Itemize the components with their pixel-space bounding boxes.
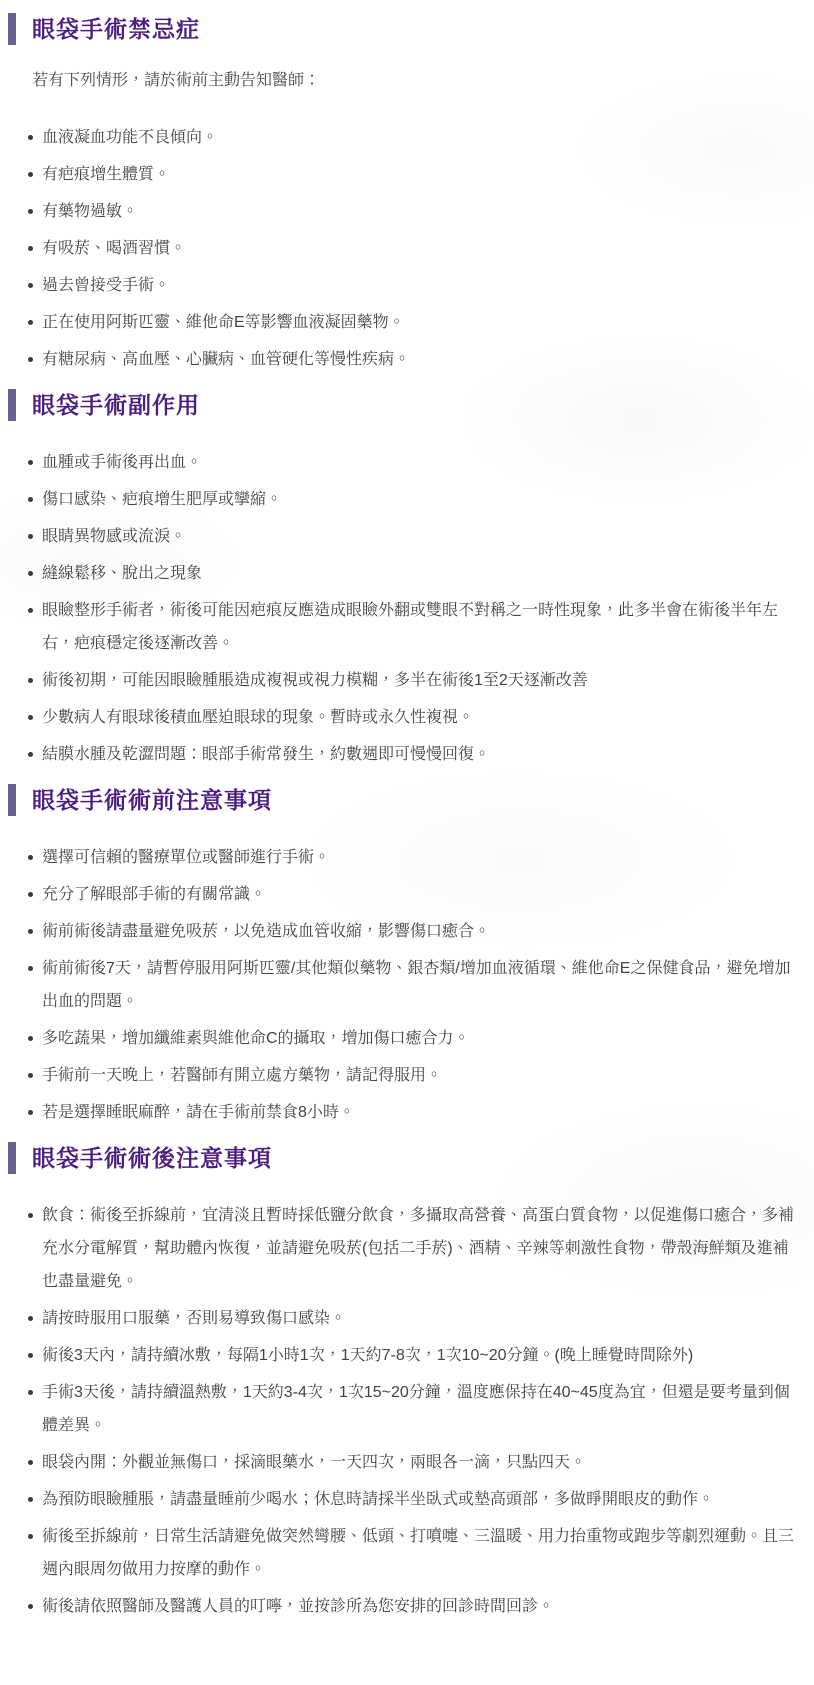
section-heading: 眼袋手術副作用 <box>8 388 802 422</box>
section-side-effects: 眼袋手術副作用 血腫或手術後再出血。 傷口感染、疤痕增生肥厚或攣縮。 眼睛異物感… <box>8 388 802 771</box>
bullet-list: 選擇可信賴的醫療單位或醫師進行手術。 充分了解眼部手術的有關常識。 術前術後請盡… <box>8 841 802 1129</box>
section-heading-text: 眼袋手術禁忌症 <box>32 16 200 42</box>
list-item: 眼瞼整形手術者，術後可能因疤痕反應造成眼瞼外翻或雙眼不對稱之一時性現象，此多半會… <box>42 594 794 660</box>
list-item: 傷口感染、疤痕增生肥厚或攣縮。 <box>42 483 794 516</box>
article: 眼袋手術禁忌症 若有下列情形，請於術前主動告知醫師： 血液凝血功能不良傾向。 有… <box>0 0 814 1623</box>
section-heading: 眼袋手術禁忌症 <box>8 12 802 46</box>
list-item: 有疤痕增生體質。 <box>42 158 794 191</box>
list-item: 血腫或手術後再出血。 <box>42 446 794 479</box>
list-item: 眼睛異物感或流淚。 <box>42 520 794 553</box>
list-item: 手術前一天晚上，若醫師有開立處方藥物，請記得服用。 <box>42 1059 794 1092</box>
heading-accent-bar <box>8 389 16 421</box>
list-item: 縫線鬆移、脫出之現象 <box>42 557 794 590</box>
list-item: 有糖尿病、高血壓、心臟病、血管硬化等慢性疾病。 <box>42 343 794 376</box>
list-item: 術後初期，可能因眼瞼腫脹造成複視或視力模糊，多半在術後1至2天逐漸改善 <box>42 664 794 697</box>
section-preop-notes: 眼袋手術術前注意事項 選擇可信賴的醫療單位或醫師進行手術。 充分了解眼部手術的有… <box>8 783 802 1129</box>
list-item: 術後至拆線前，日常生活請避免做突然彎腰、低頭、打噴嚏、三溫暖、用力抬重物或跑步等… <box>42 1520 794 1586</box>
list-item: 術後請依照醫師及醫護人員的叮嚀，並按診所為您安排的回診時間回診。 <box>42 1590 794 1623</box>
heading-accent-bar <box>8 13 16 45</box>
list-item: 多吃蔬果，增加纖維素與維他命C的攝取，增加傷口癒合力。 <box>42 1022 794 1055</box>
list-item: 手術3天後，請持續溫熱敷，1天約3-4次，1次15~20分鐘，溫度應保持在40~… <box>42 1376 794 1442</box>
list-item: 充分了解眼部手術的有關常識。 <box>42 878 794 911</box>
list-item: 選擇可信賴的醫療單位或醫師進行手術。 <box>42 841 794 874</box>
section-contraindications: 眼袋手術禁忌症 若有下列情形，請於術前主動告知醫師： 血液凝血功能不良傾向。 有… <box>8 12 802 376</box>
section-postop-notes: 眼袋手術術後注意事項 飲食：術後至拆線前，宜清淡且暫時採低鹽分飲食，多攝取高營養… <box>8 1141 802 1623</box>
list-item: 若是選擇睡眠麻醉，請在手術前禁食8小時。 <box>42 1096 794 1129</box>
bullet-list: 飲食：術後至拆線前，宜清淡且暫時採低鹽分飲食，多攝取高營養、高蛋白質食物，以促進… <box>8 1199 802 1623</box>
list-item: 術前術後7天，請暫停服用阿斯匹靈/其他類似藥物、銀杏類/增加血液循環、維他命E之… <box>42 952 794 1018</box>
list-item: 飲食：術後至拆線前，宜清淡且暫時採低鹽分飲食，多攝取高營養、高蛋白質食物，以促進… <box>42 1199 794 1298</box>
list-item: 少數病人有眼球後積血壓迫眼球的現象。暫時或永久性複視。 <box>42 701 794 734</box>
list-item: 正在使用阿斯匹靈、維他命E等影響血液凝固藥物。 <box>42 306 794 339</box>
intro-text: 若有下列情形，請於術前主動告知醫師： <box>32 64 802 97</box>
section-heading-text: 眼袋手術副作用 <box>32 392 200 418</box>
section-heading: 眼袋手術術前注意事項 <box>8 783 802 817</box>
heading-accent-bar <box>8 784 16 816</box>
list-item: 有藥物過敏。 <box>42 195 794 228</box>
list-item: 血液凝血功能不良傾向。 <box>42 121 794 154</box>
list-item: 眼袋內開：外觀並無傷口，採滴眼藥水，一天四次，兩眼各一滴，只點四天。 <box>42 1446 794 1479</box>
heading-accent-bar <box>8 1142 16 1174</box>
section-heading-text: 眼袋手術術後注意事項 <box>32 1145 272 1171</box>
list-item: 有吸菸、喝酒習慣。 <box>42 232 794 265</box>
section-heading: 眼袋手術術後注意事項 <box>8 1141 802 1175</box>
list-item: 術後3天內，請持續冰敷，每隔1小時1次，1天約7-8次，1次10~20分鐘。(晚… <box>42 1339 794 1372</box>
bullet-list: 血液凝血功能不良傾向。 有疤痕增生體質。 有藥物過敏。 有吸菸、喝酒習慣。 過去… <box>8 121 802 376</box>
list-item: 結膜水腫及乾澀問題：眼部手術常發生，約數週即可慢慢回復。 <box>42 738 794 771</box>
section-heading-text: 眼袋手術術前注意事項 <box>32 787 272 813</box>
list-item: 過去曾接受手術。 <box>42 269 794 302</box>
bullet-list: 血腫或手術後再出血。 傷口感染、疤痕增生肥厚或攣縮。 眼睛異物感或流淚。 縫線鬆… <box>8 446 802 771</box>
list-item: 為預防眼瞼腫脹，請盡量睡前少喝水；休息時請採半坐臥式或墊高頭部，多做睜開眼皮的動… <box>42 1483 794 1516</box>
list-item: 請按時服用口服藥，否則易導致傷口感染。 <box>42 1302 794 1335</box>
list-item: 術前術後請盡量避免吸菸，以免造成血管收縮，影響傷口癒合。 <box>42 915 794 948</box>
